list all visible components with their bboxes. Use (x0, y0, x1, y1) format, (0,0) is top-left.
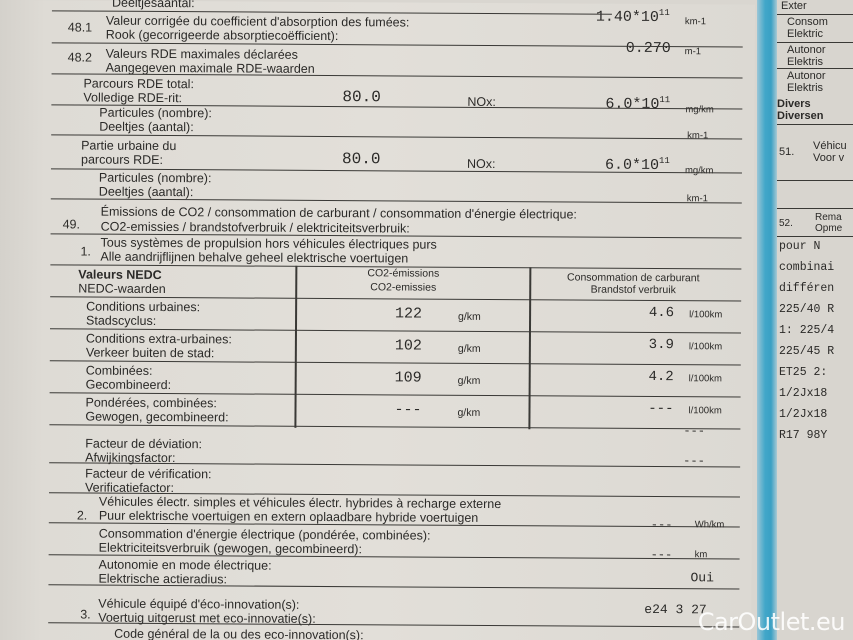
item-52-nl: Opme (815, 223, 842, 235)
nedc-row-label-nl: Gecombineerd: (86, 379, 172, 393)
item-51-number: 51. (779, 146, 794, 158)
co2-value: 102 (382, 337, 422, 354)
deviation-value: --- (683, 424, 705, 438)
item-48-2-number: 48.2 (68, 50, 92, 64)
divider (50, 360, 741, 365)
nedc-header-fr: Valeurs NEDC (78, 268, 161, 282)
remark-line: 225/45 R (779, 345, 834, 358)
table-column-line (528, 267, 530, 429)
remark-line: différen (779, 282, 834, 295)
rde-urban-fr2: parcours RDE: (81, 153, 163, 167)
rde-total-particles-unit: km-1 (687, 130, 708, 141)
nedc-header-nl: NEDC-waarden (78, 282, 166, 296)
co2-unit: g/km (458, 343, 481, 355)
divider (51, 198, 742, 203)
rde-total-nl: Volledige RDE-rit: (83, 92, 182, 106)
co2-value: --- (381, 401, 421, 418)
watermark-logo: CarOutlet.eu (698, 608, 845, 636)
co2-header-fr: CO2-émissions (328, 268, 478, 280)
divers-heading: Divers (777, 98, 811, 110)
divider (777, 68, 853, 69)
rde-total-particles-fr: Particules (nombre): (99, 107, 212, 121)
rp-line-text: Elektris (787, 82, 823, 94)
co2-value: 109 (382, 369, 422, 386)
divider (48, 584, 739, 589)
verification-value: --- (683, 454, 705, 468)
registration-document-page: Deeltjesaantal: 1.40*1011 km-1 48.1 Vale… (0, 0, 755, 640)
remark-line: ET25 2: (779, 366, 827, 379)
divider (777, 180, 853, 181)
co2-unit: g/km (458, 311, 481, 323)
elec-range-unit: km (695, 549, 708, 560)
eco-innovation-value: Oui (690, 571, 713, 584)
fuel-value: 4.2 (628, 369, 674, 385)
nedc-row-label-nl: Stadscyclus: (86, 315, 156, 328)
sub-1-number: 1. (80, 244, 91, 258)
sub-2-number: 2. (77, 508, 88, 522)
rde-urban-nox-unit: mg/km (685, 165, 714, 176)
elec-consumption-value: --- (651, 518, 673, 532)
divider (777, 14, 853, 15)
rde-urban-fr: Partie urbaine du (81, 139, 176, 153)
nedc-row-label-nl: Verkeer buiten de stad: (86, 347, 215, 361)
rde-total-nox-unit: mg/km (685, 104, 714, 115)
nedc-row-label-fr: Pondérées, combinées: (85, 397, 216, 411)
item-48-2-fr: Valeurs RDE maximales déclarées (106, 48, 298, 62)
item-49-number: 49. (63, 217, 80, 231)
rp-line-text: Elektris (787, 56, 823, 68)
co2-value: 122 (382, 305, 422, 322)
adjacent-page: Exter Consom Elektric Autonor Elektris A… (777, 0, 853, 640)
diversen-heading: Diversen (777, 110, 823, 122)
divider (49, 424, 740, 429)
fuel-value: 4.6 (628, 305, 674, 321)
item-48-1-value: 0.270 (626, 40, 671, 57)
rde-total-fr: Parcours RDE total: (83, 78, 194, 92)
remark-line: combinai (779, 261, 834, 274)
deviation-fr: Facteur de déviation: (85, 438, 202, 452)
remark-line: 225/40 R (779, 303, 834, 316)
co2-unit: g/km (457, 407, 480, 419)
verification-fr: Facteur de vérification: (85, 468, 212, 482)
item-48-1-unit: m-1 (685, 46, 701, 57)
elec-range-value: --- (651, 548, 673, 562)
fuel-unit: l/100km (689, 373, 722, 384)
item-51-nl: Voor v (813, 152, 844, 164)
nedc-row-label-nl: Gewogen, gecombineerd: (85, 411, 228, 425)
rde-total-nox-value: 6.0*1011 (605, 95, 670, 113)
sub-3-number: 3. (80, 608, 91, 622)
item-51-fr: Véhicu (813, 140, 847, 152)
nedc-row-label-fr: Conditions extra-urbaines: (86, 333, 232, 347)
sub-3-fr: Véhicule équipé d'éco-innovation(s): (98, 598, 299, 612)
remark-line: R17 98Y (779, 429, 827, 442)
co2-header-nl: CO2-emissies (328, 282, 478, 294)
rde-urban-nox-label: NOx: (467, 158, 496, 171)
remark-line: 1: 225/4 (779, 324, 834, 337)
rp-line-text: Consom (787, 16, 828, 28)
fuel-value: 3.9 (628, 337, 674, 353)
sub-1-nl: Alle aandrijflijnen behalve geheel elekt… (100, 251, 408, 266)
elec-consumption-unit: Wh/km (695, 519, 725, 530)
item-52-number: 52. (779, 218, 793, 230)
particles-value-top: 1.40*1011 (596, 8, 670, 26)
nedc-row-label-fr: Conditions urbaines: (86, 301, 200, 315)
fuel-unit: l/100km (689, 341, 722, 352)
co2-unit: g/km (458, 375, 481, 387)
divider (777, 124, 853, 125)
nedc-row-label-fr: Combinées: (86, 365, 153, 378)
rp-line-text: Elektric (787, 28, 823, 40)
rde-urban-particles-nl: Deeltjes (aantal): (99, 186, 194, 200)
rde-total-value: 80.0 (342, 88, 381, 106)
elec-range-fr: Autonomie en mode électrique: (99, 559, 272, 573)
item-48-1-nl: Rook (gecorrigeerde absorptiecoëfficient… (106, 29, 339, 43)
fuel-unit: l/100km (689, 309, 722, 320)
item-48-1-number: 48.1 (68, 20, 92, 34)
remark-line: 1/2Jx18 (779, 408, 827, 421)
divider (777, 208, 853, 209)
divider (777, 236, 853, 237)
rde-total-particles-nl: Deeltjes (aantal): (99, 121, 194, 135)
top-unit: km-1 (685, 16, 706, 27)
top-cut-label: Deeltjesaantal: (112, 0, 195, 10)
rde-urban-particles-fr: Particules (nombre): (99, 172, 212, 186)
eco-code-fr: Code général de la ou des eco-innovation… (114, 628, 364, 640)
table-column-line (294, 266, 296, 428)
rp-line-text: Autonor (787, 44, 826, 56)
divider (777, 42, 853, 43)
fuel-header-nl: Brandstof verbruik (528, 284, 738, 297)
remark-line: pour N (779, 240, 820, 253)
rp-line-text: Autonor (787, 70, 826, 82)
fuel-unit: l/100km (688, 405, 721, 416)
page-edge-divider (757, 0, 777, 640)
fuel-value: --- (627, 401, 673, 417)
remark-line: 1/2Jx18 (779, 387, 827, 400)
rp-line-text: Exter (781, 0, 807, 12)
rde-urban-value: 80.0 (342, 150, 381, 168)
